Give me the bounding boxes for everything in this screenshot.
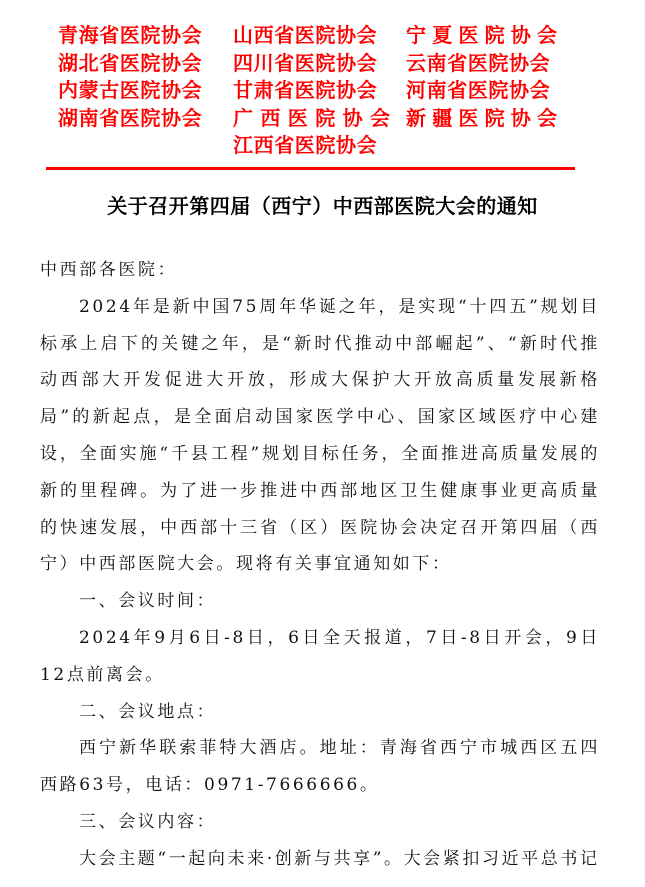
org-row-5: 江西省医院协会 xyxy=(0,132,645,160)
org-neimenggu: 内蒙古医院协会 xyxy=(58,77,202,103)
org-row-1: 青海省医院协会 山西省医院协会 宁夏医院协会 xyxy=(0,22,645,50)
letterhead-organizations: 青海省医院协会 山西省医院协会 宁夏医院协会 湖北省医院协会 四川省医院协会 云… xyxy=(0,22,645,160)
org-gansu: 甘肃省医院协会 xyxy=(233,77,377,103)
org-yunnan: 云南省医院协会 xyxy=(406,50,550,76)
org-hunan: 湖南省医院协会 xyxy=(58,105,202,131)
red-divider-line xyxy=(46,167,575,170)
org-hubei: 湖北省医院协会 xyxy=(58,50,202,76)
document-title: 关于召开第四届（西宁）中西部医院大会的通知 xyxy=(0,192,645,220)
org-ningxia: 宁夏医院协会 xyxy=(406,22,563,48)
salutation: 中西部各医院： xyxy=(40,252,600,289)
org-row-4: 湖南省医院协会 广西医院协会 新疆医院协会 xyxy=(0,105,645,133)
intro-paragraph: 2024年是新中国75周年华诞之年，是实现“十四五”规划目标承上启下的关键之年，… xyxy=(40,289,600,583)
section-content-location: 西宁新华联索菲特大酒店。地址：青海省西宁市城西区五四西路63号，电话：0971-… xyxy=(40,730,600,804)
section-content-time: 2024年9月6日-8日，6日全天报道，7日-8日开会，9日12点前离会。 xyxy=(40,620,600,694)
section-heading-time: 一、会议时间： xyxy=(40,583,600,620)
org-xinjiang: 新疆医院协会 xyxy=(406,105,563,131)
org-guangxi: 广西医院协会 xyxy=(233,105,397,131)
org-row-3: 内蒙古医院协会 甘肃省医院协会 河南省医院协会 xyxy=(0,77,645,105)
org-jiangxi: 江西省医院协会 xyxy=(233,132,377,158)
section-heading-content: 三、会议内容： xyxy=(40,804,600,841)
org-shanxi: 山西省医院协会 xyxy=(233,22,377,48)
section-content-content: 大会主题“一起向未来·创新与共享”。大会紧扣习近平总书记 xyxy=(40,841,600,878)
org-row-2: 湖北省医院协会 四川省医院协会 云南省医院协会 xyxy=(0,50,645,78)
document-body: 中西部各医院： 2024年是新中国75周年华诞之年，是实现“十四五”规划目标承上… xyxy=(40,252,600,878)
org-henan: 河南省医院协会 xyxy=(406,77,550,103)
org-sichuan: 四川省医院协会 xyxy=(233,50,377,76)
section-heading-location: 二、会议地点： xyxy=(40,694,600,731)
org-qinghai: 青海省医院协会 xyxy=(58,22,202,48)
